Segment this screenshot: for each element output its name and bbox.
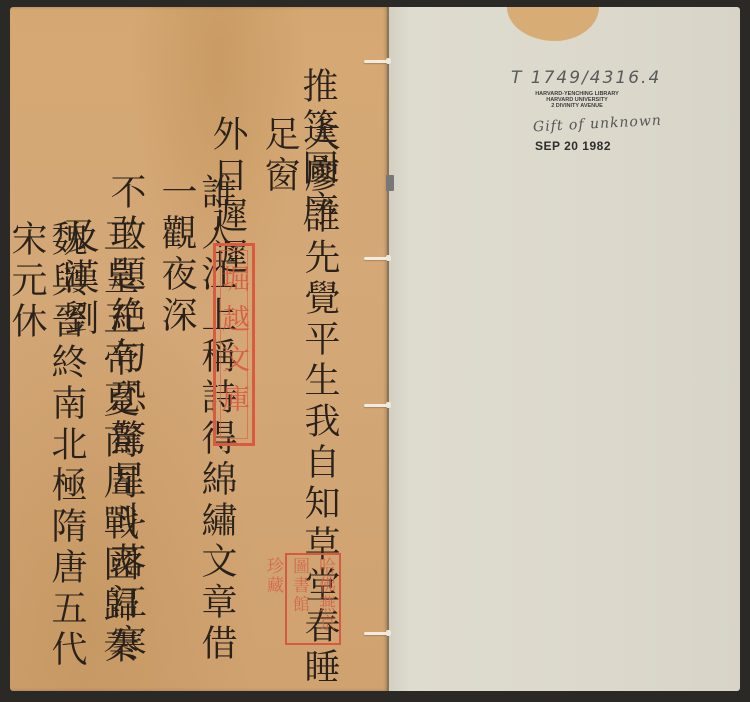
library-stamp: HARVARD-YENCHING LIBRARY HARVARD UNIVERS…	[532, 91, 622, 109]
seal-text: 堀越文庫	[216, 264, 252, 424]
horikoshi-bunko-seal: 堀越文庫	[213, 243, 255, 446]
binding-knot	[386, 58, 391, 64]
date-stamp: SEP 20 1982	[535, 139, 611, 153]
left-page: 推篷圖序 大廖誰先覺平生我自知草堂春睡足窗 外日遲遲 誰人江上稱詩得綿繡文章借一…	[10, 7, 388, 691]
harvard-yenching-seal: 哈佛燕京 圖書館 珍藏	[285, 553, 341, 645]
binding-knot	[386, 630, 391, 636]
binding-knot	[386, 402, 391, 408]
library-stamp-line: 2 DIVINITY AVENUE	[532, 103, 622, 109]
seal-col-3: 珍藏	[261, 557, 285, 641]
seal-col-1: 哈佛燕京	[313, 557, 337, 641]
seal-col-2: 圖書館	[287, 557, 311, 641]
text-column-6: 魏與晉終南北極隋唐五代宋元休	[6, 220, 86, 691]
binding-knot	[386, 255, 391, 261]
book-spine	[387, 7, 389, 691]
call-number: T 1749/4316.4	[511, 68, 661, 88]
right-page	[389, 7, 740, 691]
spine-clip	[386, 175, 394, 191]
paper-stain	[507, 7, 599, 41]
